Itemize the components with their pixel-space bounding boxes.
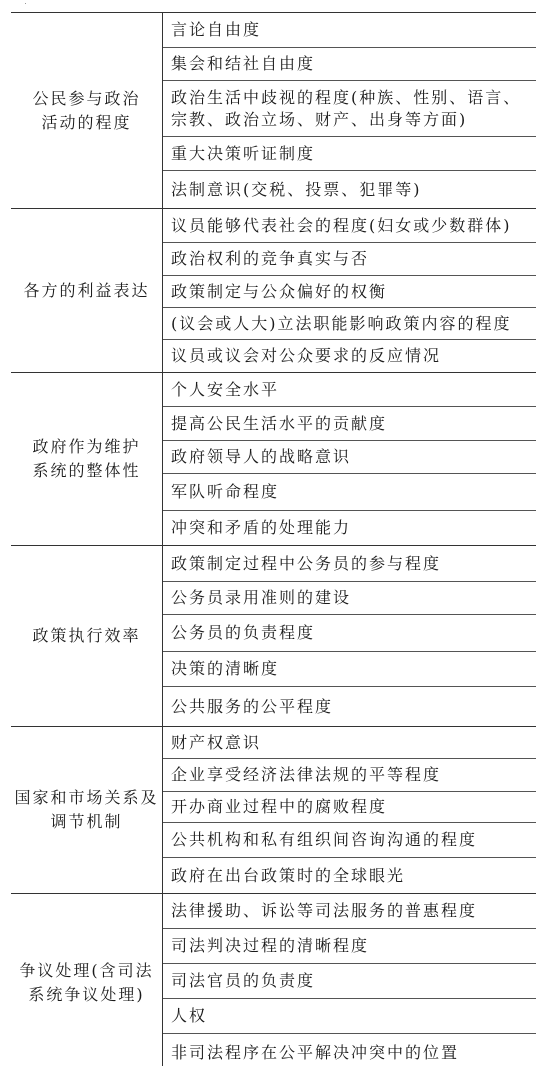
indicator-row: 政治权利的竞争真实与否: [163, 243, 536, 276]
indicator-row: 政府领导人的战略意识: [163, 441, 536, 474]
indicator-text: 非司法程序在公平解决冲突中的位置: [171, 1042, 459, 1064]
category-label-line: 各方的利益表达: [23, 279, 149, 303]
indicator-text: 法制意识(交税、投票、犯罪等): [171, 179, 422, 201]
indicator-row: 提高公民生活水平的贡献度: [163, 407, 536, 441]
table-group: 政策执行效率政策制定过程中公务员的参与程度公务员录用准则的建设公务员的负责程度决…: [11, 546, 536, 727]
category-label-line: 活动的程度: [32, 111, 140, 135]
indicator-row: 冲突和矛盾的处理能力: [163, 511, 536, 545]
indicator-text: 提高公民生活水平的贡献度: [171, 413, 387, 435]
indicator-text: 开办商业过程中的腐败程度: [171, 796, 387, 818]
indicator-row: 言论自由度: [163, 13, 536, 48]
indicator-text: 公务员的负责程度: [171, 622, 315, 644]
indicator-text: 重大决策听证制度: [171, 143, 315, 165]
indicator-text: (议会或人大)立法职能影响政策内容的程度: [171, 313, 512, 335]
indicator-row: 非司法程序在公平解决冲突中的位置: [163, 1034, 536, 1066]
category-cell: 国家和市场关系及调节机制: [11, 727, 163, 893]
indicator-row: 司法官员的负责度: [163, 964, 536, 999]
category-label-line: 国家和市场关系及: [14, 786, 158, 810]
indicator-row: 议员能够代表社会的程度(妇女或少数群体): [163, 209, 536, 243]
indicator-text: 政治权利的竞争真实与否: [171, 248, 369, 270]
indicator-text: 决策的清晰度: [171, 658, 279, 680]
category-cell: 各方的利益表达: [11, 209, 163, 372]
indicator-row: 公共机构和私有组织间咨询沟通的程度: [163, 823, 536, 858]
indicator-text: 集会和结社自由度: [171, 53, 315, 75]
indicator-text: 议员或议会对公众要求的反应情况: [171, 345, 441, 367]
indicator-text: 冲突和矛盾的处理能力: [171, 517, 351, 539]
indicator-list: 政策制定过程中公务员的参与程度公务员录用准则的建设公务员的负责程度决策的清晰度公…: [163, 546, 536, 726]
indicator-list: 言论自由度集会和结社自由度政治生活中歧视的程度(种族、性别、语言、宗教、政治立场…: [163, 13, 536, 208]
table-group: 政府作为维护系统的整体性个人安全水平提高公民生活水平的贡献度政府领导人的战略意识…: [11, 373, 536, 546]
indicator-list: 议员能够代表社会的程度(妇女或少数群体)政治权利的竞争真实与否政策制定与公众偏好…: [163, 209, 536, 372]
indicator-row: 议员或议会对公众要求的反应情况: [163, 340, 536, 372]
category-label-line: 政策执行效率: [32, 624, 140, 648]
category-label-line: 系统的整体性: [32, 459, 140, 483]
indicator-text: 政府在出台政策时的全球眼光: [171, 865, 405, 887]
indicator-row: 司法判决过程的清晰程度: [163, 929, 536, 964]
indicator-text: 个人安全水平: [171, 379, 279, 401]
indicator-row: 政策制定过程中公务员的参与程度: [163, 546, 536, 582]
indicator-row: 政府在出台政策时的全球眼光: [163, 858, 536, 893]
category-cell: 政府作为维护系统的整体性: [11, 373, 163, 545]
indicator-list: 法律援助、诉讼等司法服务的普惠程度司法判决过程的清晰程度司法官员的负责度人权非司…: [163, 894, 536, 1066]
indicator-text: 公共服务的公平程度: [171, 696, 333, 718]
indicator-row: 公务员录用准则的建设: [163, 582, 536, 615]
indicator-text: 法律援助、诉讼等司法服务的普惠程度: [171, 900, 477, 922]
indicator-row: 军队听命程度: [163, 474, 536, 511]
category-label-line: 系统争议处理): [19, 983, 153, 1007]
indicator-row: 财产权意识: [163, 727, 536, 759]
table-group: 国家和市场关系及调节机制财产权意识企业享受经济法律法规的平等程度开办商业过程中的…: [11, 727, 536, 894]
table-group: 各方的利益表达议员能够代表社会的程度(妇女或少数群体)政治权利的竞争真实与否政策…: [11, 209, 536, 373]
indicator-row: 政策制定与公众偏好的权衡: [163, 276, 536, 308]
indicator-text: 议员能够代表社会的程度(妇女或少数群体): [171, 215, 512, 237]
scan-speck: [25, 3, 26, 4]
indicator-row: 决策的清晰度: [163, 652, 536, 687]
indicator-table: 公民参与政治活动的程度言论自由度集会和结社自由度政治生活中歧视的程度(种族、性别…: [11, 12, 536, 1066]
table-group: 公民参与政治活动的程度言论自由度集会和结社自由度政治生活中歧视的程度(种族、性别…: [11, 13, 536, 209]
indicator-list: 财产权意识企业享受经济法律法规的平等程度开办商业过程中的腐败程度公共机构和私有组…: [163, 727, 536, 893]
indicator-row: 重大决策听证制度: [163, 137, 536, 171]
category-label-line: 公民参与政治: [32, 87, 140, 111]
indicator-text: 政策制定过程中公务员的参与程度: [171, 553, 441, 575]
indicator-row: 公共服务的公平程度: [163, 687, 536, 726]
indicator-text: 政策制定与公众偏好的权衡: [171, 281, 387, 303]
indicator-text: 公共机构和私有组织间咨询沟通的程度: [171, 829, 477, 851]
indicator-text: 司法判决过程的清晰程度: [171, 935, 369, 957]
indicator-row: 集会和结社自由度: [163, 48, 536, 81]
indicator-row: (议会或人大)立法职能影响政策内容的程度: [163, 308, 536, 340]
category-cell: 公民参与政治活动的程度: [11, 13, 163, 208]
category-cell: 争议处理(含司法系统争议处理): [11, 894, 163, 1066]
indicator-text: 财产权意识: [171, 732, 261, 754]
category-cell: 政策执行效率: [11, 546, 163, 726]
indicator-text: 军队听命程度: [171, 481, 279, 503]
category-label-line: 调节机制: [14, 810, 158, 834]
indicator-row: 公务员的负责程度: [163, 615, 536, 652]
indicator-row: 个人安全水平: [163, 373, 536, 407]
indicator-row: 法律援助、诉讼等司法服务的普惠程度: [163, 894, 536, 929]
indicator-text: 政治生活中歧视的程度(种族、性别、语言、宗教、政治立场、财产、出身等方面): [171, 87, 532, 131]
indicator-text: 政府领导人的战略意识: [171, 446, 351, 468]
category-label-line: 政府作为维护: [32, 435, 140, 459]
indicator-list: 个人安全水平提高公民生活水平的贡献度政府领导人的战略意识军队听命程度冲突和矛盾的…: [163, 373, 536, 545]
indicator-row: 政治生活中歧视的程度(种族、性别、语言、宗教、政治立场、财产、出身等方面): [163, 81, 536, 137]
indicator-text: 公务员录用准则的建设: [171, 587, 351, 609]
indicator-text: 企业享受经济法律法规的平等程度: [171, 764, 441, 786]
indicator-row: 企业享受经济法律法规的平等程度: [163, 759, 536, 792]
indicator-row: 人权: [163, 999, 536, 1034]
indicator-row: 法制意识(交税、投票、犯罪等): [163, 171, 536, 208]
indicator-text: 言论自由度: [171, 19, 261, 41]
category-label-line: 争议处理(含司法: [19, 959, 153, 983]
table-group: 争议处理(含司法系统争议处理)法律援助、诉讼等司法服务的普惠程度司法判决过程的清…: [11, 894, 536, 1066]
indicator-row: 开办商业过程中的腐败程度: [163, 792, 536, 823]
indicator-text: 人权: [171, 1005, 207, 1027]
indicator-text: 司法官员的负责度: [171, 970, 315, 992]
